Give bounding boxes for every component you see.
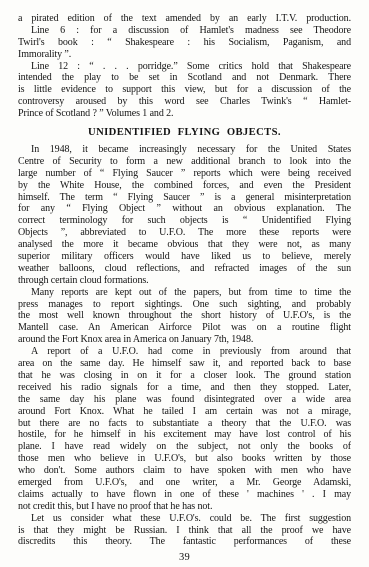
paragraph: In 1948, it became increasingly necessar… (18, 144, 351, 287)
text-line: himself. The term “ Flying Saucer ” is a… (18, 192, 351, 204)
paragraph: Line 6 : for a discussion of Hamlet's ma… (18, 25, 351, 61)
text-line: press manages to report sightings. One s… (18, 299, 351, 311)
text-line: discredits this theory. The fantastic pe… (18, 536, 351, 548)
text-line: is that they might be Russian. I think t… (18, 525, 351, 537)
text-line: for any “ Flying Object ” without an obv… (18, 203, 351, 215)
text-line: the most well known throughout the short… (18, 310, 351, 322)
text-line: Prince of Scotland ? ” Volumes 1 and 2. (18, 108, 351, 120)
text-line: correct terminology for such objects is … (18, 215, 351, 227)
text-line: large number of “ Flying Saucer ” report… (18, 168, 351, 180)
text-line: area on the same day. He himself saw it,… (18, 358, 351, 370)
text-line: analysed the more it became obvious that… (18, 239, 351, 251)
paragraph: Let us consider what these U.F.O's. coul… (18, 513, 351, 549)
text-line: a pirated edition of the text amended by… (18, 13, 351, 25)
text-line: A report of a U.F.O. had come in previou… (18, 346, 351, 358)
text-line: around Fort Knox. What he tailed I am ce… (18, 406, 351, 418)
text-line: through certain cloud formations. (18, 275, 351, 287)
text-line: Centre of Security to form a new additio… (18, 156, 351, 168)
text-line: superior military officers would have li… (18, 251, 351, 263)
text-line: emerged from U.F.O's, and one writer, a … (18, 477, 351, 489)
book-page: a pirated edition of the text amended by… (0, 0, 369, 567)
text-line: Let us consider what these U.F.O's. coul… (18, 513, 351, 525)
text-line: the same day his plane was found disinte… (18, 394, 351, 406)
page-number: 39 (18, 552, 351, 564)
paragraph: Line 12 : “ . . . porridge.” Some critic… (18, 61, 351, 120)
text-line: not credit this, but I have no proof tha… (18, 501, 351, 513)
text-line: around the Fort Knox area in America on … (18, 334, 351, 346)
text-line: Objects ”, abbreviated to U.F.O. The mor… (18, 227, 351, 239)
text-line: but there are no facts to substantiate a… (18, 418, 351, 430)
paragraph: Many reports are kept out of the papers,… (18, 287, 351, 346)
text-line: by the White House, the combined forces,… (18, 180, 351, 192)
text-line: plane. I have read widely on the subject… (18, 441, 351, 453)
page-content: a pirated edition of the text amended by… (18, 13, 351, 548)
text-line: claims actually to have flown in one of … (18, 489, 351, 501)
text-line: controversy aroused by this word see Cha… (18, 96, 351, 108)
text-line: In 1948, it became increasingly necessar… (18, 144, 351, 156)
text-line: Mantell case. An American Airforce Pilot… (18, 322, 351, 334)
text-line: Line 6 : for a discussion of Hamlet's ma… (18, 25, 351, 37)
text-line: intended the play to be set in Scotland … (18, 72, 351, 84)
text-line: who don't. Some authors claim to have sp… (18, 465, 351, 477)
text-line: those men who believe in U.F.O's, but al… (18, 453, 351, 465)
paragraph: A report of a U.F.O. had come in previou… (18, 346, 351, 512)
text-line: Twirl's book : “ Shakespeare : his Socia… (18, 37, 351, 49)
text-line: Line 12 : “ . . . porridge.” Some critic… (18, 61, 351, 73)
text-line: received his radio signals for a time, a… (18, 382, 351, 394)
text-line: that he was closing in on it for a close… (18, 370, 351, 382)
text-line: Immorality ”. (18, 49, 351, 61)
section-heading: UNIDENTIFIED FLYING OBJECTS. (18, 127, 351, 139)
text-line: hostile, for he himself in his excitemen… (18, 429, 351, 441)
text-line: Many reports are kept out of the papers,… (18, 287, 351, 299)
paragraph: a pirated edition of the text amended by… (18, 13, 351, 25)
text-line: weather balloons, cloud reflections, and… (18, 263, 351, 275)
text-line: is little evidence to support this view,… (18, 84, 351, 96)
